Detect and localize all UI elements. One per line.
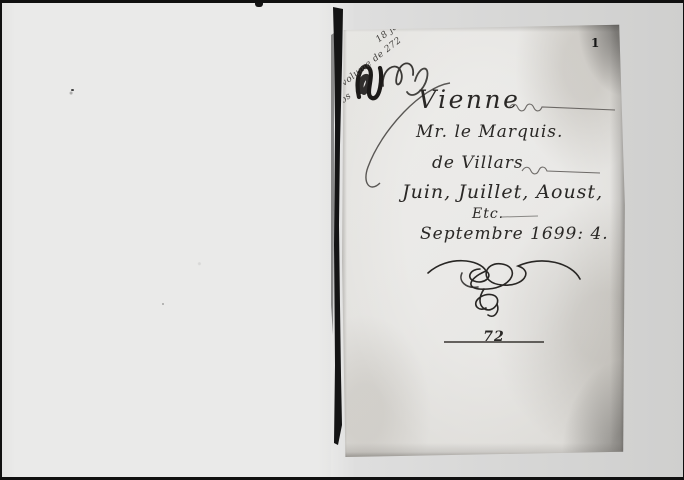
page-number: 1 xyxy=(591,36,599,50)
trailing-squiggle-line xyxy=(507,101,617,115)
title-months: Juin, Juillet, Aoust, xyxy=(402,181,603,203)
scan-field: 1 18 janvier Un volume de 272 folios xyxy=(2,3,683,477)
scan-speck xyxy=(162,303,164,305)
archival-scan: 1 18 janvier Un volume de 272 folios xyxy=(0,0,684,480)
title-page: 1 18 janvier Un volume de 272 folios xyxy=(342,23,626,457)
title-addressee-name: de Villars xyxy=(432,153,524,173)
folio-count: 72 xyxy=(483,329,504,345)
title-region: Vienne xyxy=(418,85,520,114)
trailing-squiggle-line xyxy=(520,164,602,178)
calligraphic-knot-flourish xyxy=(422,251,586,321)
scan-speck xyxy=(71,89,74,91)
title-date: Septembre 1699: 4. xyxy=(420,224,609,244)
folio-count-group: 72 xyxy=(444,326,544,343)
scan-artifact-notch xyxy=(255,3,263,7)
blank-verso-page xyxy=(2,3,331,477)
trailing-squiggle-line xyxy=(500,213,540,221)
title-addressee: Mr. le Marquis. xyxy=(416,122,563,142)
